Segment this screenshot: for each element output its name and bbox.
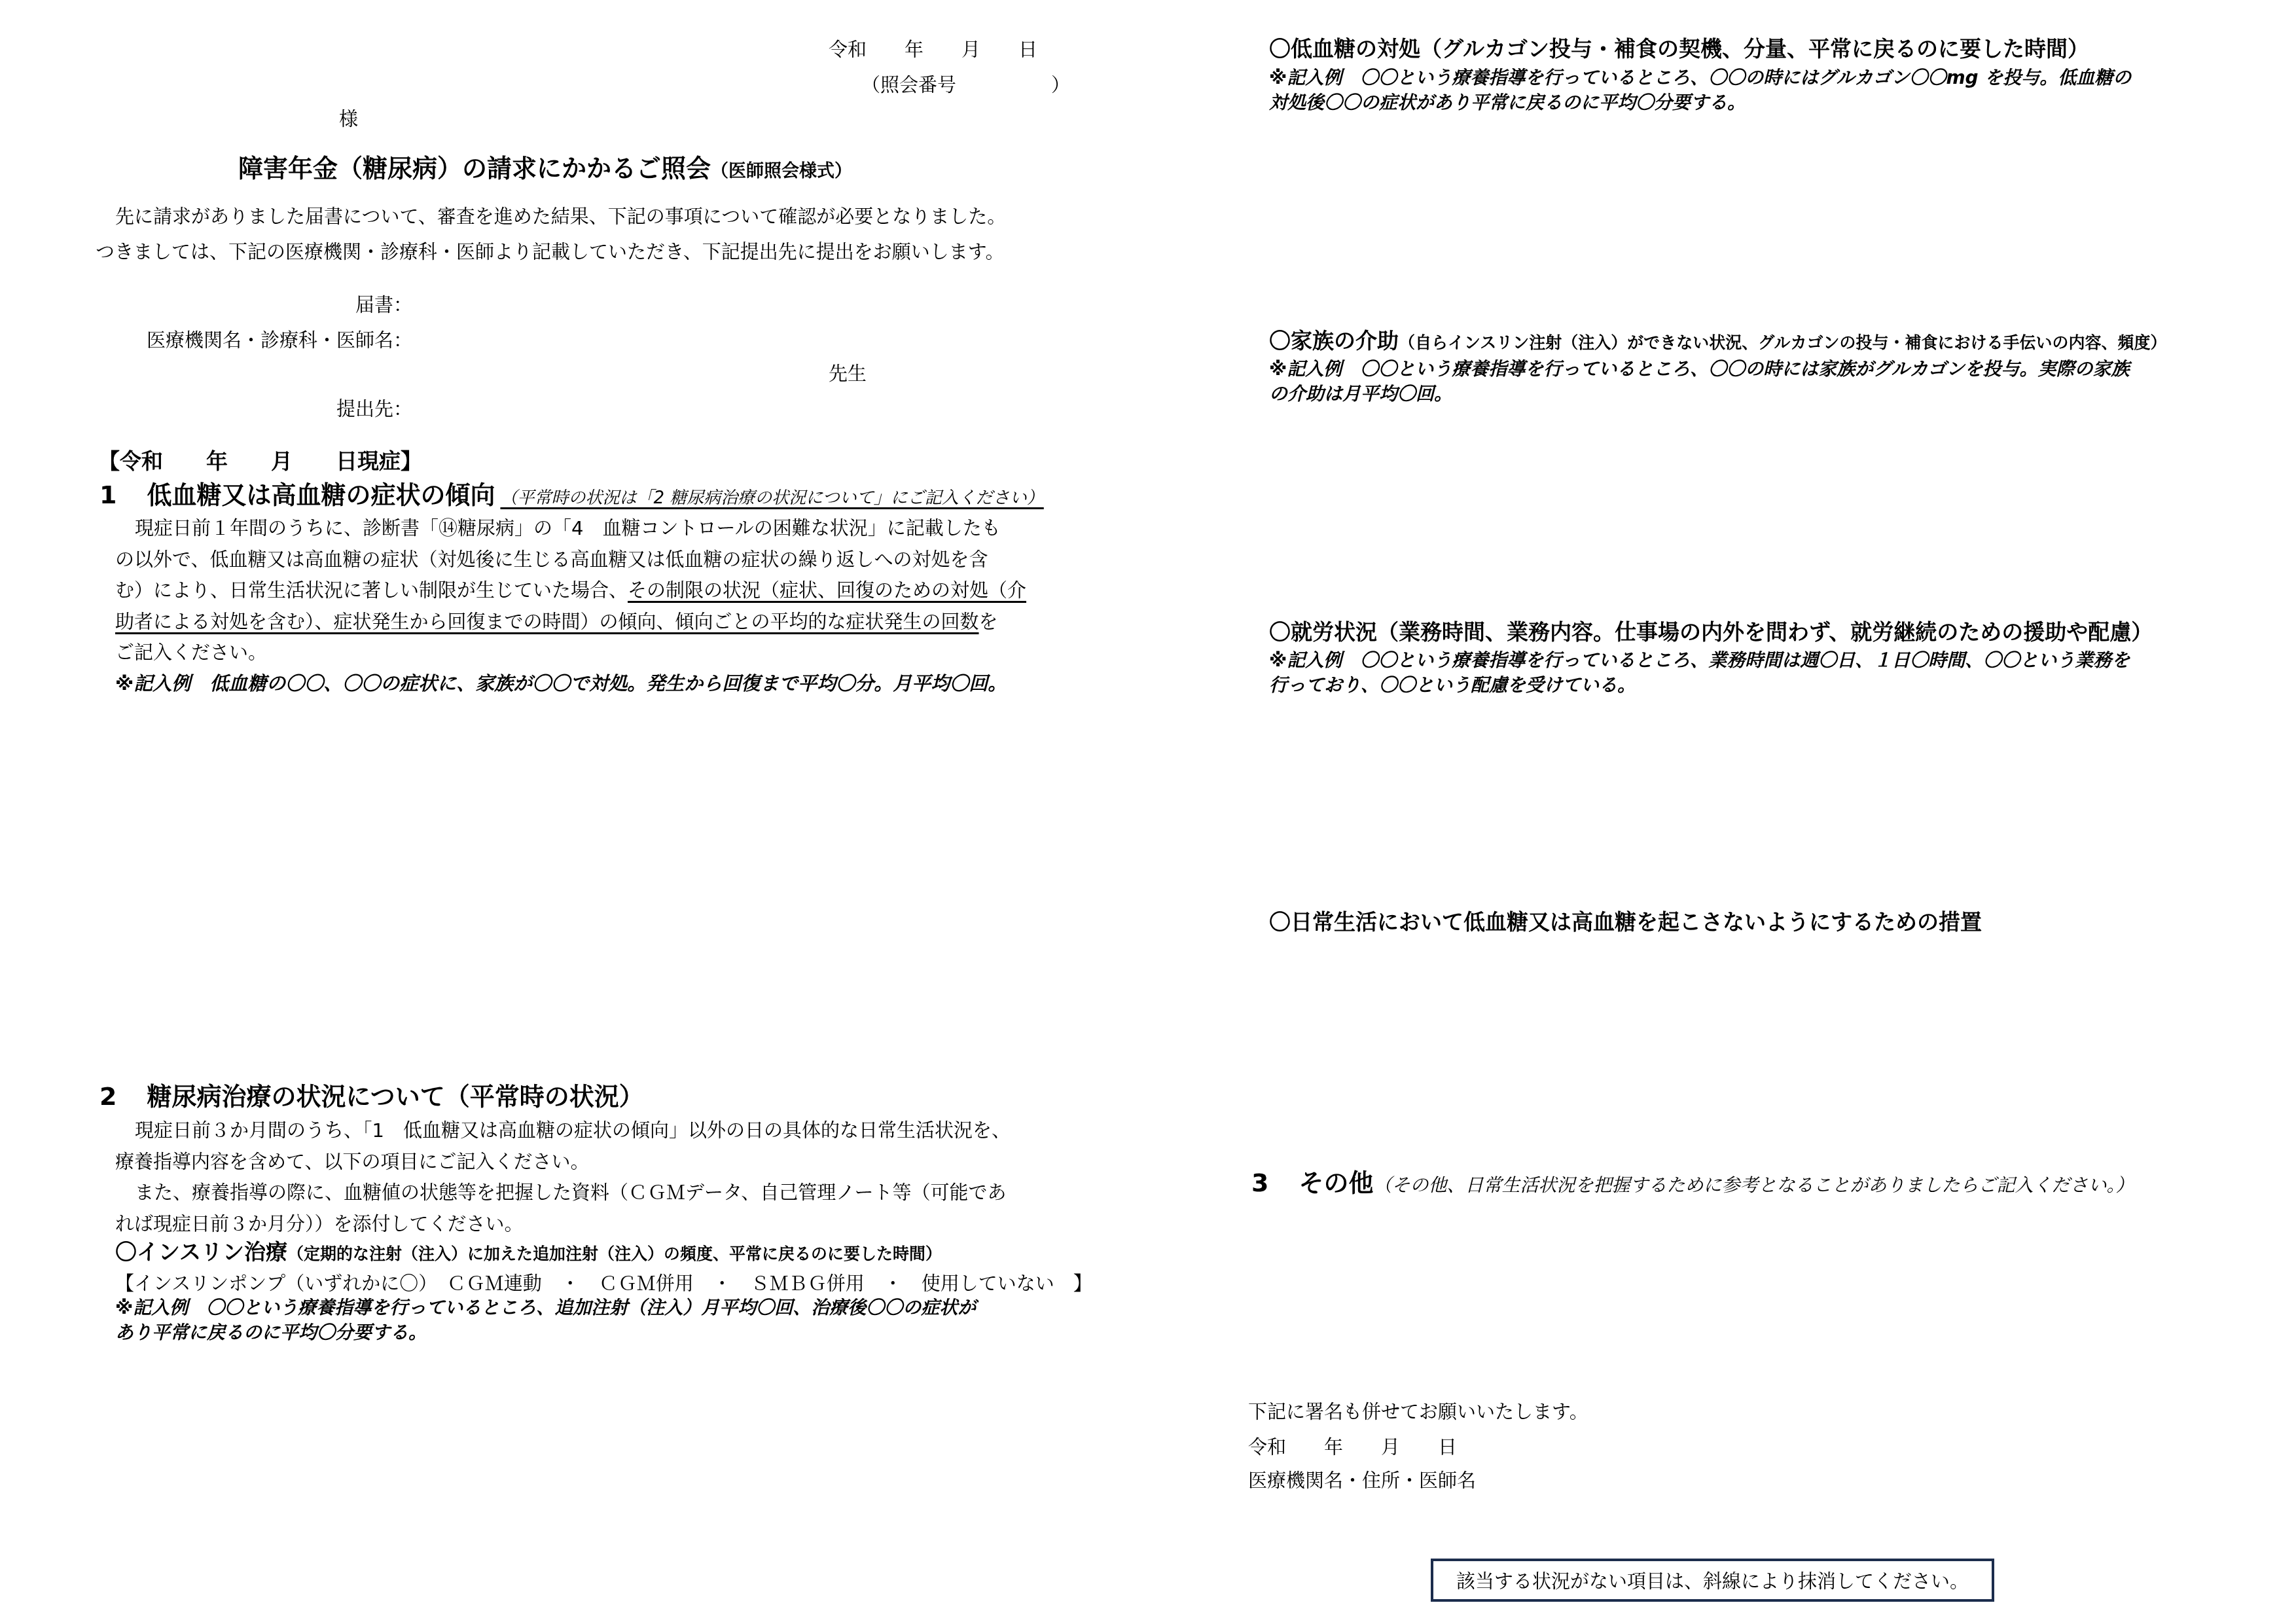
addressee-suffix: 様 <box>339 110 358 129</box>
family-assist-example: ※記入例 〇〇という療養指導を行っているところ、〇〇の時には家族がグルカゴンを投… <box>1269 357 2129 406</box>
insulin-example: ※記入例 〇〇という療養指導を行っているところ、追加注射（注入）月平均〇回、治療… <box>115 1295 976 1345</box>
family-assist-heading: 〇家族の介助（自らインスリン注射（注入）ができない状況、グルカゴンの投与・補食に… <box>1269 330 2167 352</box>
paragraph-line: 現症日前３か月間のうち、「1 低血糖又は高血糖の症状の傾向」以外の日の具体的な日… <box>135 1115 1011 1147</box>
title-sub: （医師照会様式） <box>711 161 852 181</box>
section3-note: （その他、日常生活状況を把握するために参考となることがありましたらご記入ください… <box>1373 1174 2134 1196</box>
section2-heading: 2糖尿病治療の状況について（平常時の状況） <box>99 1084 644 1109</box>
signature-request: 下記に署名も併せてお願いいたします。 <box>1248 1403 1588 1422</box>
doctor-suffix: 先生 <box>829 365 867 384</box>
signature-date-line: 令和 年 月 日 <box>1248 1438 1457 1457</box>
intro-line-1: 先に請求がありました届書について、審査を進めた結果、下記の事項について確認が必要… <box>115 208 1006 226</box>
intro-line-2: つきましては、下記の医療機関・診療科・医師より記載していただき、下記提出先に提出… <box>96 243 1005 262</box>
page-title: 障害年金（糖尿病）の請求にかかるご照会（医師照会様式） <box>238 156 852 181</box>
underlined-text: その制限の状況（症状、回復のための対処（介 <box>628 579 1026 602</box>
insulin-title: 〇インスリン治療 <box>115 1239 287 1265</box>
section1-heading: 1低血糖又は高血糖の症状の傾向（平常時の状況は「2 糖尿病治療の状況について」に… <box>99 482 1044 507</box>
inquiry-number: （照会番号 ） <box>861 76 1070 95</box>
current-status-label: 【令和 年 月 日現症】 <box>98 450 422 472</box>
section3-heading: 3その他（その他、日常生活状況を把握するために参考となることがありましたらご記入… <box>1251 1170 2134 1195</box>
form-label: 届書： <box>355 296 412 315</box>
employment-heading: 〇就労状況（業務時間、業務内容。仕事場の内外を問わず、就労継続のための援助や配慮… <box>1269 621 2153 643</box>
notice-text: 該当する状況がない項目は、斜線により抹消してください。 <box>1456 1567 1969 1594</box>
section2-title: 糖尿病治療の状況について（平常時の状況） <box>147 1082 643 1111</box>
paragraph-line: ご記入ください。 <box>115 638 1026 669</box>
paragraph-line: また、療養指導の際に、血糖値の状態等を把握した資料（ＣＧＭデータ、自己管理ノート… <box>135 1178 1011 1209</box>
section3-title: その他 <box>1299 1168 1373 1197</box>
paragraph-line: 助者による対処を含む）、症状発生から回復までの時間）の傾向、傾向ごとの平均的な症… <box>115 607 1026 638</box>
hypo-treatment-heading: 〇低血糖の対処（グルカゴン投与・補食の契機、分量、平常に戻るのに要した時間） <box>1269 38 2089 60</box>
family-assist-note: （自らインスリン注射（注入）ができない状況、グルカゴンの投与・補食における手伝い… <box>1399 333 2167 352</box>
section1-number: 1 <box>99 480 117 509</box>
hypo-treatment-example: ※記入例 〇〇という療養指導を行っているところ、〇〇の時にはグルカゴン〇〇mg … <box>1269 65 2131 115</box>
paragraph-line: 現症日前１年間のうちに、診断書「⑭糖尿病」の「4 血糖コントロールの困難な状況」… <box>135 513 1026 545</box>
prevention-heading: 〇日常生活において低血糖又は高血糖を起こさないようにするための措置 <box>1269 911 1982 933</box>
title-main: 障害年金（糖尿病）の請求にかかるご照会 <box>238 154 711 183</box>
paragraph-line: む）により、日常生活状況に著しい制限が生じていた場合、その制限の状況（症状、回復… <box>115 575 1026 607</box>
section2-number: 2 <box>99 1082 117 1111</box>
submit-to-label: 提出先： <box>336 400 412 419</box>
paragraph-line: れば現症日前３か月分））を添付してください。 <box>115 1209 1011 1240</box>
insulin-heading: 〇インスリン治療（定期的な注射（注入）に加えた追加注射（注入）の頻度、平常に戻る… <box>115 1241 942 1263</box>
section1-title: 低血糖又は高血糖の症状の傾向 <box>147 480 495 509</box>
employment-example: ※記入例 〇〇という療養指導を行っているところ、業務時間は週〇日、１日〇時間、〇… <box>1269 648 2130 698</box>
underlined-text: 助者による対処を含む）、症状発生から回復までの時間）の傾向、傾向ごとの平均的な症… <box>115 611 979 633</box>
paragraph-line: 療養指導内容を含めて、以下の項目にご記入ください。 <box>115 1147 1011 1178</box>
insulin-pump-options: 【インスリンポンプ（いずれかに〇） ＣＧＭ連動 ・ ＣＧＭ併用 ・ ＳＭＢＧ併用… <box>115 1274 1092 1293</box>
section1-example: ※記入例 低血糖の〇〇、〇〇の症状に、家族が〇〇で対処。発生から回復まで平均〇分… <box>115 674 1007 693</box>
signature-institution-line: 医療機関名・住所・医師名 <box>1248 1471 1476 1490</box>
paragraph-line: の以外で、低血糖又は高血糖の症状（対処後に生じる高血糖又は低血糖の症状の繰り返し… <box>115 545 1026 576</box>
insulin-note: （定期的な注射（注入）に加えた追加注射（注入）の頻度、平常に戻るのに要した時間） <box>287 1244 942 1263</box>
section2-paragraph: 現症日前３か月間のうち、「1 低血糖又は高血糖の症状の傾向」以外の日の具体的な日… <box>115 1115 1011 1240</box>
notice-box: 該当する状況がない項目は、斜線により抹消してください。 <box>1431 1559 1994 1602</box>
date-line: 令和 年 月 日 <box>829 41 1037 60</box>
institution-label: 医療機関名・診療科・医師名： <box>147 331 412 350</box>
section1-paragraph: 現症日前１年間のうちに、診断書「⑭糖尿病」の「4 血糖コントロールの困難な状況」… <box>115 513 1026 669</box>
section3-number: 3 <box>1251 1168 1268 1197</box>
family-assist-title: 〇家族の介助 <box>1269 328 1399 353</box>
section1-note: （平常時の状況は「2 糖尿病治療の状況について」にご記入ください） <box>500 488 1043 508</box>
